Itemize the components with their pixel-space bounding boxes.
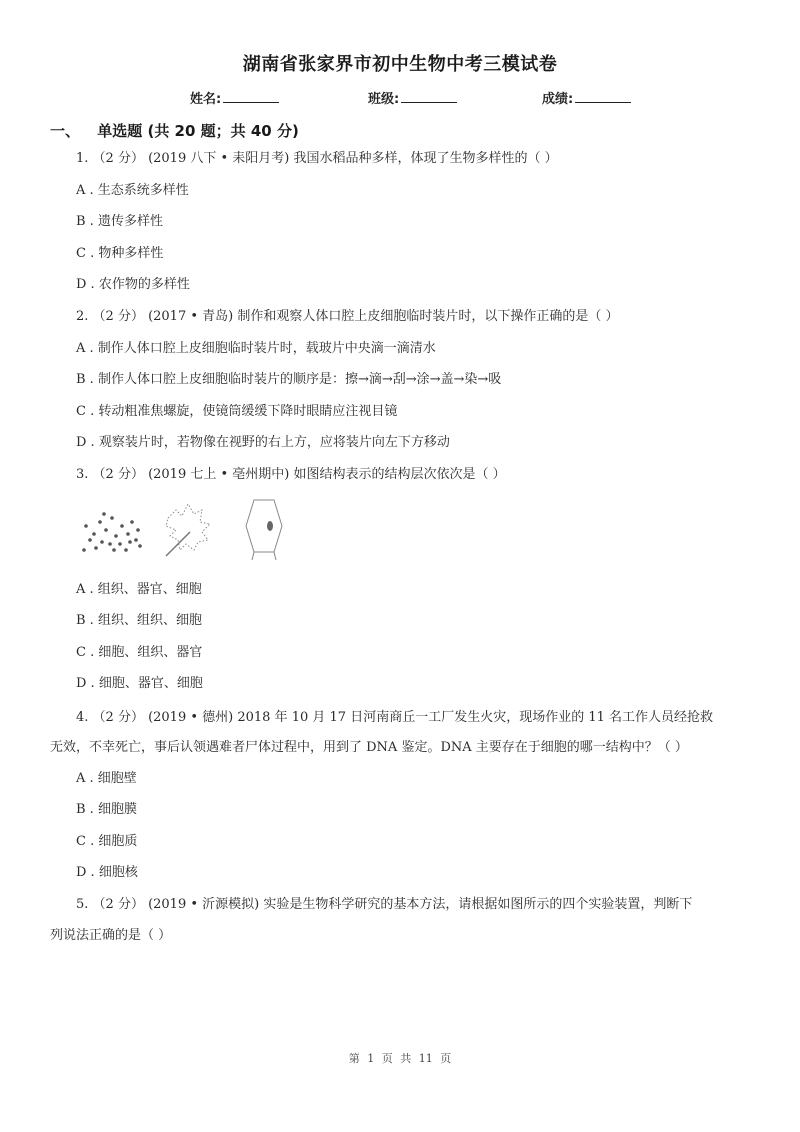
question-3-figure [76,496,316,564]
class-field: 班级: [368,88,457,107]
question-5-stem-continued: 列说法正确的是（ ） [50,927,171,945]
plant-cell-image [246,500,282,560]
question-4-option-b: B . 细胞膜 [76,801,137,819]
section-title: 单选题 (共 20 题；共 40 分) [97,122,299,140]
score-blank [575,90,631,103]
question-2-stem: 2. （2 分） (2017 • 青岛) 制作和观察人体口腔上皮细胞临时装片时，… [76,308,619,326]
name-blank [223,90,279,103]
name-field: 姓名: [190,88,279,107]
leaf-image [166,504,210,550]
question-3-stem: 3. （2 分） (2019 七上 • 亳州期中) 如图结构表示的结构层次依次是… [76,466,506,484]
question-2-option-b: B . 制作人体口腔上皮细胞临时装片的顺序是：擦→滴→刮→涂→盖→染→吸 [76,371,501,389]
class-blank [401,90,457,103]
question-1-stem: 1. （2 分） (2019 八下 • 耒阳月考) 我国水稻品种多样，体现了生物… [76,150,558,168]
score-label: 成绩: [542,92,573,107]
question-4-option-d: D . 细胞核 [76,864,138,882]
question-4-option-a: A . 细胞壁 [76,770,137,788]
question-5-stem: 5. （2 分） (2019 • 沂源模拟) 实验是生物科学研究的基本方法，请根… [76,896,692,914]
question-3-option-d: D . 细胞、器官、细胞 [76,675,203,693]
question-2-option-d: D . 观察装片时，若物像在视野的右上方，应将装片向左下方移动 [76,434,450,452]
question-3-option-a: A . 组织、器官、细胞 [76,581,202,599]
class-label: 班级: [368,92,399,107]
section-heading: 一、 单选题 (共 20 题；共 40 分) [50,120,299,141]
score-field: 成绩: [542,88,631,107]
cell-cluster-image [82,512,142,552]
name-label: 姓名: [190,92,221,107]
question-4-option-c: C . 细胞质 [76,833,137,851]
question-4-stem: 4. （2 分） (2019 • 德州) 2018 年 10 月 17 日河南商… [76,709,713,727]
page-footer: 第 1 页 共 11 页 [0,1050,800,1066]
question-2-option-a: A . 制作人体口腔上皮细胞临时装片时，载玻片中央滴一滴清水 [76,340,436,358]
question-1-option-c: C . 物种多样性 [76,245,163,263]
page-title: 湖南省张家界市初中生物中考三模试卷 [0,50,800,76]
question-1-option-d: D . 农作物的多样性 [76,276,190,294]
section-number: 一、 [50,122,80,140]
question-1-option-b: B . 遗传多样性 [76,213,163,231]
question-1-option-a: A . 生态系统多样性 [76,182,189,200]
question-4-stem-continued: 无效，不幸死亡，事后认领遇难者尸体过程中，用到了 DNA 鉴定。DNA 主要存在… [50,739,688,757]
exam-page: 湖南省张家界市初中生物中考三模试卷 姓名: 班级: 成绩: 一、 单选题 (共 … [0,0,800,1132]
question-3-option-b: B . 组织、组织、细胞 [76,612,202,630]
question-2-option-c: C . 转动粗准焦螺旋，使镜筒缓缓下降时眼睛应注视目镜 [76,403,397,421]
question-3-option-c: C . 细胞、组织、器官 [76,644,202,662]
